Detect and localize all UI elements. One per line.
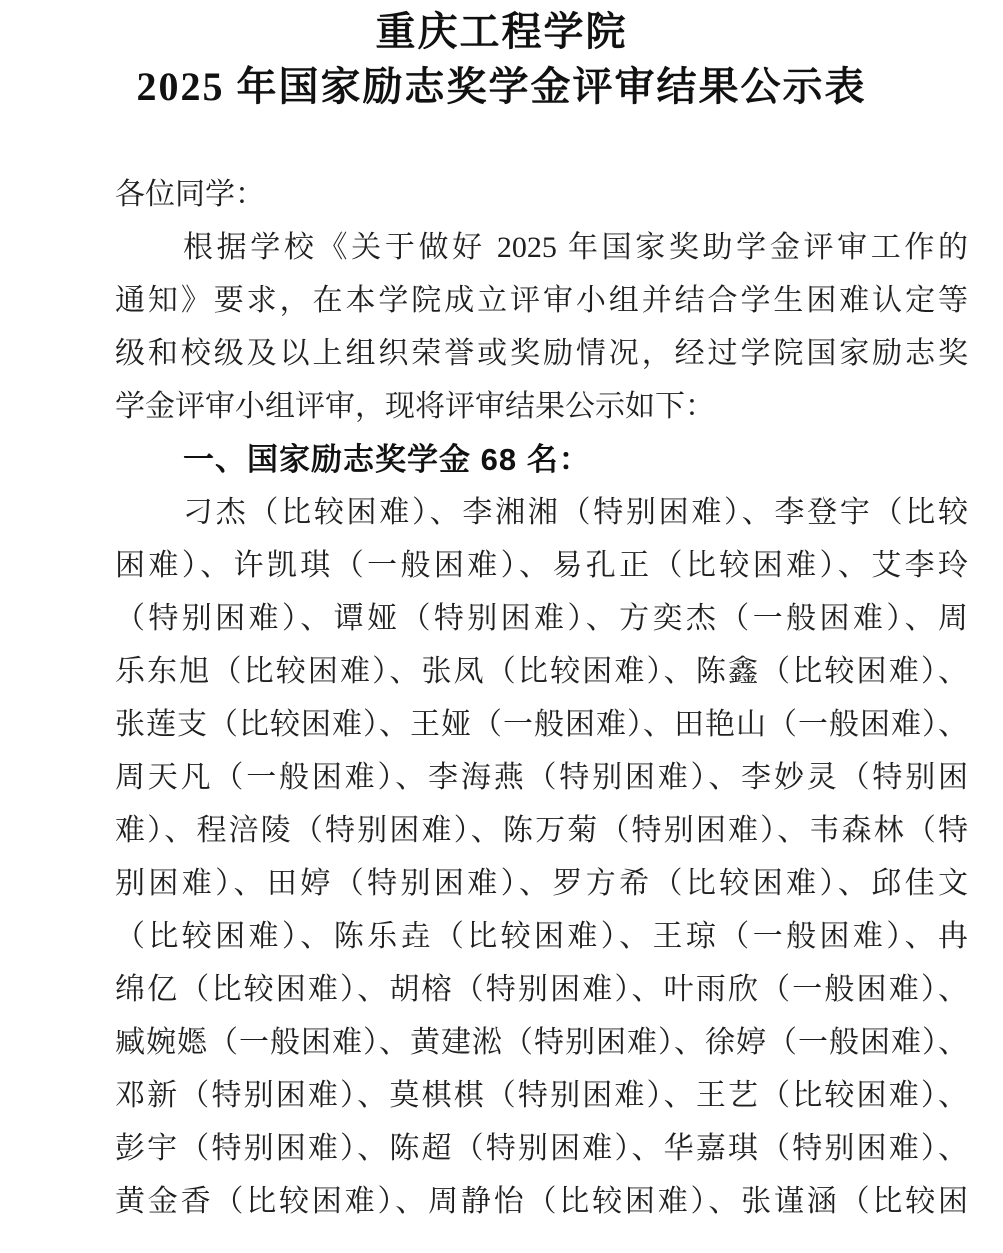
recipient-list-line: （比较困难）、陈乐垚（比较困难）、王琼（一般困难）、冉 [115, 910, 968, 963]
document-body: 各位同学： 根据学校《关于做好 2025 年国家奖助学金评审工作的 通知》要求，… [115, 168, 968, 1228]
recipient-list-line: 绵亿（比较困难）、胡榕（特别困难）、叶雨欣（一般困难）、 [115, 963, 968, 1016]
intro-line: 级和校级及以上组织荣誉或奖励情况，经过学院国家励志奖 [115, 327, 968, 380]
recipient-list-line: （特别困难）、谭娅（特别困难）、方奕杰（一般困难）、周 [115, 592, 968, 645]
recipient-list-line: 周天凡（一般困难）、李海燕（特别困难）、李妙灵（特别困 [115, 751, 968, 804]
recipient-list-line: 别困难）、田婷（特别困难）、罗方希（比较困难）、邱佳文 [115, 857, 968, 910]
recipient-list-line: 刁杰（比较困难）、李湘湘（特别困难）、李登宇（比较 [115, 486, 968, 539]
section-heading: 一、国家励志奖学金 68 名： [115, 433, 968, 486]
intro-line: 根据学校《关于做好 2025 年国家奖助学金评审工作的 [115, 221, 968, 274]
intro-line: 通知》要求，在本学院成立评审小组并结合学生困难认定等 [115, 274, 968, 327]
intro-line: 学金评审小组评审，现将评审结果公示如下： [115, 380, 968, 433]
title-line-2: 2025 年国家励志奖学金评审结果公示表 [0, 59, 1003, 114]
title-line-1: 重庆工程学院 [0, 4, 1003, 59]
recipient-list-line: 困难）、许凯琪（一般困难）、易孔正（比较困难）、艾李玲 [115, 539, 968, 592]
recipient-list-line: 彭宇（特别困难）、陈超（特别困难）、华嘉琪（特别困难）、 [115, 1122, 968, 1175]
document-page: 重庆工程学院 2025 年国家励志奖学金评审结果公示表 各位同学： 根据学校《关… [0, 0, 1003, 1253]
recipient-list-line: 邓新（特别困难）、莫棋棋（特别困难）、王艺（比较困难）、 [115, 1069, 968, 1122]
recipient-list-line: 黄金香（比较困难）、周静怡（比较困难）、张谨涵（比较困 [115, 1175, 968, 1228]
recipient-list-line: 臧婉嫕（一般困难）、黄建淞（特别困难）、徐婷（一般困难）、 [115, 1016, 968, 1069]
document-title: 重庆工程学院 2025 年国家励志奖学金评审结果公示表 [0, 4, 1003, 114]
salutation: 各位同学： [115, 168, 968, 221]
recipient-list-line: 难）、程涪陵（特别困难）、陈万菊（特别困难）、韦森林（特 [115, 804, 968, 857]
recipient-list-line: 张莲支（比较困难）、王娅（一般困难）、田艳山（一般困难）、 [115, 698, 968, 751]
recipient-list-line: 乐东旭（比较困难）、张凤（比较困难）、陈鑫（比较困难）、 [115, 645, 968, 698]
